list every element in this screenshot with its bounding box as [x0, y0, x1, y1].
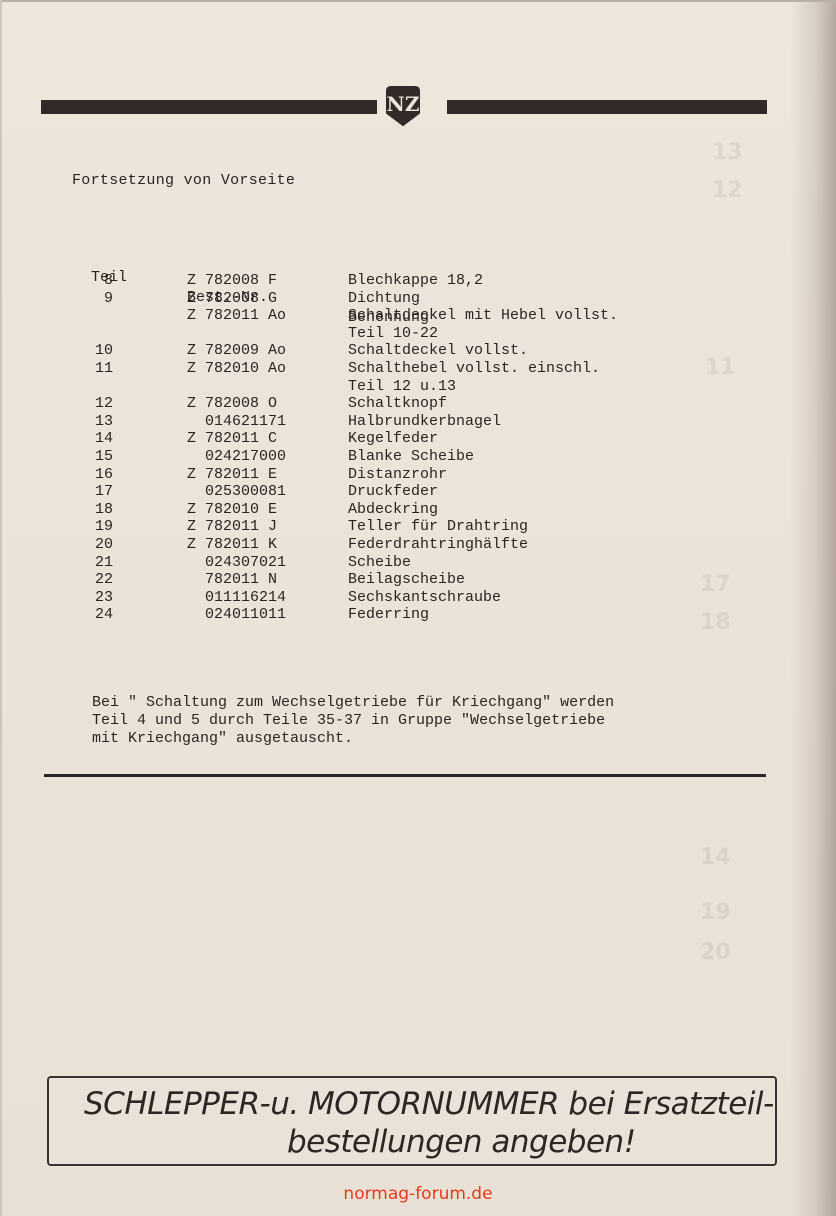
order-number-cell: Z 782011 C: [187, 430, 277, 448]
part-number-cell: 17: [91, 483, 113, 501]
order-number-cell: 011116214: [187, 589, 286, 607]
table-row: 11Z 782010 AoSchalthebel vollst. einschl…: [0, 360, 836, 378]
order-number-cell: Z 782008 G: [187, 290, 277, 308]
order-notice-box: SCHLEPPER-u. MOTORNUMMER bei Ersatzteil-…: [47, 1076, 777, 1166]
table-row: 8Z 782008 FBlechkappe 18,2: [0, 272, 836, 290]
part-number-cell: 11: [91, 360, 113, 378]
part-number-cell: 22: [91, 571, 113, 589]
part-name-cell: Schalthebel vollst. einschl.: [348, 360, 600, 378]
part-number-cell: 16: [91, 466, 113, 484]
bleed-through-mark: 12: [712, 178, 743, 203]
part-name-cell: Druckfeder: [348, 483, 438, 501]
order-number-cell: 014621171: [187, 413, 286, 431]
table-row: 16Z 782011 EDistanzrohr: [0, 466, 836, 484]
order-number-cell: Z 782011 J: [187, 518, 277, 536]
part-name-cell: Dichtung: [348, 290, 420, 308]
order-number-cell: 025300081: [187, 483, 286, 501]
notice-line-2: bestellungen angeben!: [287, 1124, 636, 1160]
table-row: 23 011116214Sechskantschraube: [0, 589, 836, 607]
part-number-cell: 15: [91, 448, 113, 466]
part-name-cell: Blanke Scheibe: [348, 448, 474, 466]
table-row: 17 025300081Druckfeder: [0, 483, 836, 501]
bleed-through-mark: 19: [700, 900, 731, 925]
bleed-through-mark: 14: [700, 845, 731, 870]
continued-from-previous-label: Fortsetzung von Vorseite: [72, 172, 295, 189]
nz-logo-icon: NZ: [379, 85, 427, 127]
table-row: 14Z 782011 CKegelfeder: [0, 430, 836, 448]
table-row: 22 782011 NBeilagscheibe: [0, 571, 836, 589]
table-row: 19Z 782011 JTeller für Drahtring: [0, 518, 836, 536]
part-number-cell: 8: [91, 272, 113, 290]
part-name-cell: Teller für Drahtring: [348, 518, 528, 536]
part-name-cell: Federdrahtringhälfte: [348, 536, 528, 554]
header-rule-left: [41, 100, 377, 114]
note-line: Bei " Schaltung zum Wechselgetriebe für …: [92, 694, 772, 712]
part-number-cell: 19: [91, 518, 113, 536]
table-row: 24 024011011Federring: [0, 606, 836, 624]
part-number-cell: 18: [91, 501, 113, 519]
kriechgang-note: Bei " Schaltung zum Wechselgetriebe für …: [92, 694, 772, 748]
part-number-cell: 21: [91, 554, 113, 572]
order-number-cell: 024011011: [187, 606, 286, 624]
table-row: 21 024307021Scheibe: [0, 554, 836, 572]
order-number-cell: Z 782011 Ao: [187, 307, 286, 325]
order-number-cell: Z 782008 O: [187, 395, 277, 413]
part-name-cell: Schaltdeckel mit Hebel vollst.: [348, 307, 618, 325]
part-name-cell: Blechkappe 18,2: [348, 272, 483, 290]
part-number-cell: 10: [91, 342, 113, 360]
order-number-cell: Z 782011 K: [187, 536, 277, 554]
part-name-cell: Halbrundkerbnagel: [348, 413, 501, 431]
part-number-cell: 14: [91, 430, 113, 448]
watermark-link[interactable]: normag-forum.de: [0, 1184, 836, 1204]
order-number-cell: 024217000: [187, 448, 286, 466]
part-number-cell: 20: [91, 536, 113, 554]
svg-text:NZ: NZ: [387, 92, 420, 116]
section-divider: [44, 774, 766, 777]
part-number-cell: 9: [91, 290, 113, 308]
part-name-cell: Schaltdeckel vollst.: [348, 342, 528, 360]
header-rule-right: [447, 100, 767, 114]
table-row: Z 782011 AoSchaltdeckel mit Hebel vollst…: [0, 307, 836, 325]
order-number-cell: 782011 N: [187, 571, 277, 589]
order-number-cell: Z 782008 F: [187, 272, 277, 290]
table-header-row: Teil Best.-Nr. Benennung: [0, 248, 836, 272]
table-row: 20Z 782011 KFederdrahtringhälfte: [0, 536, 836, 554]
order-number-cell: Z 782010 E: [187, 501, 277, 519]
part-name-cell: Scheibe: [348, 554, 411, 572]
order-number-cell: Z 782009 Ao: [187, 342, 286, 360]
table-row: 13 014621171Halbrundkerbnagel: [0, 413, 836, 431]
note-line: mit Kriechgang" ausgetauscht.: [92, 730, 772, 748]
part-name-cell: Kegelfeder: [348, 430, 438, 448]
table-row: Teil 12 u.13: [0, 378, 836, 396]
notice-line-1: SCHLEPPER-u. MOTORNUMMER bei Ersatzteil-: [84, 1086, 774, 1122]
part-name-cell: Teil 10-22: [348, 325, 438, 343]
bleed-through-mark: 13: [712, 140, 743, 165]
part-name-cell: Federring: [348, 606, 429, 624]
bleed-through-mark: 20: [700, 940, 731, 965]
part-name-cell: Distanzrohr: [348, 466, 447, 484]
part-name-cell: Teil 12 u.13: [348, 378, 456, 396]
part-name-cell: Sechskantschraube: [348, 589, 501, 607]
table-row: 10Z 782009 AoSchaltdeckel vollst.: [0, 342, 836, 360]
order-number-cell: Z 782011 E: [187, 466, 277, 484]
part-name-cell: Abdeckring: [348, 501, 438, 519]
part-number-cell: 13: [91, 413, 113, 431]
table-row: Teil 10-22: [0, 325, 836, 343]
part-name-cell: Schaltknopf: [348, 395, 447, 413]
table-row: 15 024217000Blanke Scheibe: [0, 448, 836, 466]
table-row: 9Z 782008 GDichtung: [0, 290, 836, 308]
part-name-cell: Beilagscheibe: [348, 571, 465, 589]
part-number-cell: 24: [91, 606, 113, 624]
note-line: Teil 4 und 5 durch Teile 35-37 in Gruppe…: [92, 712, 772, 730]
document-page: 13 12 11 17 18 14 19 20 NZ Fortsetzung v…: [0, 0, 836, 1216]
table-row: 18Z 782010 EAbdeckring: [0, 501, 836, 519]
order-number-cell: 024307021: [187, 554, 286, 572]
page-edge: [0, 0, 836, 2]
part-number-cell: 12: [91, 395, 113, 413]
part-number-cell: 23: [91, 589, 113, 607]
parts-table: Teil Best.-Nr. Benennung 8Z 782008 FBlec…: [0, 248, 836, 624]
table-row: 12Z 782008 OSchaltknopf: [0, 395, 836, 413]
order-number-cell: Z 782010 Ao: [187, 360, 286, 378]
